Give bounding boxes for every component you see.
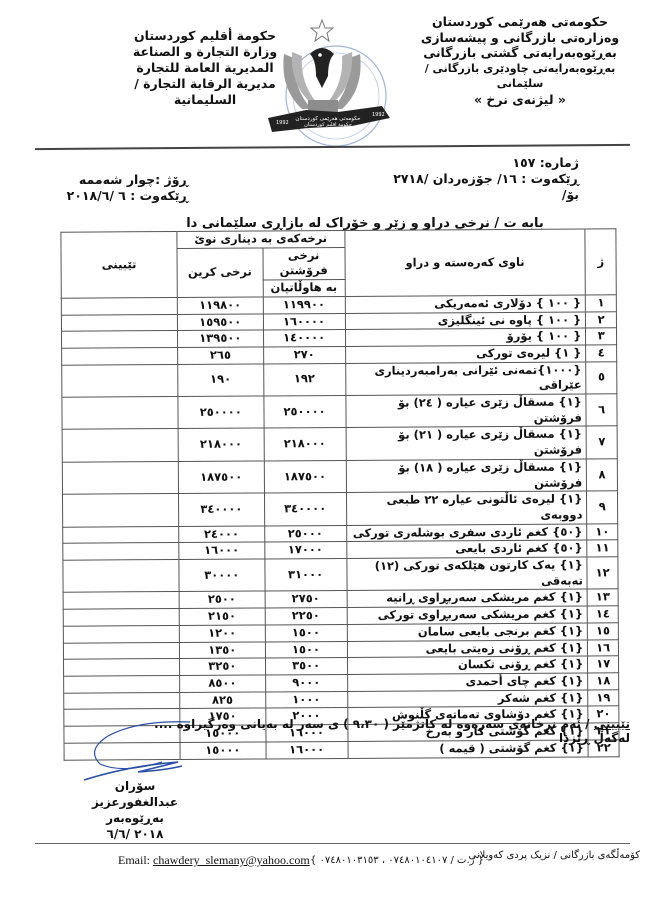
committee-title: « لیژنەی نرخ »: [410, 92, 630, 108]
row-note: [63, 625, 179, 642]
sell-price: ٢٢٥٠: [265, 608, 347, 625]
buy-price: ٣٤٠٠٠٠: [178, 493, 264, 526]
row-number: ٥: [586, 361, 617, 394]
row-note: [64, 692, 180, 709]
row-number: ١٥: [588, 623, 619, 640]
sell-price: ١٤٠٠٠٠: [263, 330, 345, 347]
buy-price: ٣٢٥٠: [180, 658, 266, 675]
footer-email: Email: chawdery_slemany@yahoo.com: [118, 853, 310, 868]
row-note: [64, 659, 180, 676]
email-label: Email:: [118, 853, 150, 867]
header-price-group: نرخەکەی بە دیناری نوێ: [177, 230, 345, 248]
row-note: [64, 675, 180, 692]
sell-price: ٣٥٠٠: [265, 658, 347, 675]
row-note: [63, 642, 179, 659]
row-note: [62, 461, 178, 494]
document-date-gregorian: ڕێکەوت : ٦ /٢٠١٨/٦: [48, 188, 188, 204]
row-number: ١: [586, 295, 617, 312]
row-note: [62, 331, 178, 348]
row-number: ٣: [586, 328, 617, 345]
sell-price: ٢٧٥٠: [265, 591, 347, 608]
row-note: [63, 592, 179, 609]
item-name: {٥٠} کغم ئاردی سفری بوشلەری تورکی: [346, 524, 587, 542]
row-number: ٧: [586, 426, 617, 459]
table-row: ٧{١} مسقاڵ زێری عیارە ( ٢١) بۆ فرۆشتن٢١٨…: [62, 426, 617, 462]
buy-price: ٣٠٠٠٠: [179, 559, 265, 592]
buy-price: ٢٥٠٠٠٠: [178, 396, 264, 429]
price-table: ژ ناوی کەرەستە و دراو نرخەکەی بە دیناری …: [60, 228, 619, 760]
sell-price: ٢٧٠: [263, 346, 345, 363]
footer-phones: { ژ.ت / ٠٧٤٨٠١٠٤١٠٧ ، ٠٧٤٨٠١٠٣١٥٣ }: [310, 855, 484, 866]
header-sell-sub: بە هاوڵاتیان: [263, 280, 345, 297]
item-name: {١} کغم مریشکی سەربڕاوی ڕانیە: [347, 589, 588, 607]
document-recipient: بۆ/: [319, 187, 579, 203]
header-buy-price: نرخی کرین: [177, 248, 263, 298]
handwritten-signature-icon: [78, 716, 198, 786]
row-note: [62, 347, 178, 364]
email-link[interactable]: chawdery_slemany@yahoo.com: [153, 853, 310, 867]
row-note: [62, 397, 178, 430]
sell-price: ١٨٧٥٠٠: [264, 460, 346, 493]
buy-price: ١٣٥٠: [179, 642, 265, 659]
item-name: {٥٠} کغم ئاردی بایعی: [346, 540, 587, 558]
price-table-body: ١{ ١٠٠ } دۆلاری ئەمەریکی١١٩٩٠٠١١٩٨٠٠٢{ ١…: [61, 295, 619, 760]
svg-text:حكومة اقليم كوردستان: حكومة اقليم كوردستان: [304, 122, 352, 128]
item-name: {١} لیرەی ئاڵتونی عیارە ٢٢ طبعی دووبەی: [346, 491, 587, 525]
row-note: [62, 429, 178, 462]
buy-price: ١٥٩٥٠٠: [177, 313, 263, 330]
table-row: ٨{١} مسقاڵ زێری عیارە ( ١٨) بۆ فرۆشتن١٨٧…: [62, 459, 617, 495]
note-label: تێبینی: [594, 717, 630, 731]
row-number: ١١: [587, 540, 618, 557]
row-note: [62, 494, 178, 527]
row-note: [61, 297, 177, 314]
buy-price: ٨٢٥: [180, 692, 266, 709]
document-meta: ژمارە: ١٥٧ ڕێکەوت : ١٦/ جۆزەردان /٢٧١٨ ب…: [319, 155, 579, 203]
document-number: ژمارە: ١٥٧: [319, 155, 579, 171]
table-row: ٩{١} لیرەی ئاڵتونی عیارە ٢٢ طبعی دووبەی٣…: [62, 491, 617, 527]
sell-price: ١١٩٩٠٠: [263, 296, 345, 313]
svg-text:1992: 1992: [276, 120, 289, 126]
signature-block: سۆران عبدالغفورعزیز بەڕێوەبەر ٢٠١٨ /٦/٦: [80, 778, 190, 842]
row-number: ١٦: [588, 639, 619, 656]
row-note: [63, 526, 179, 543]
buy-price: ٨٥٠٠: [180, 675, 266, 692]
item-name: {١} مسقاڵ زێری عیارە ( ٢١) بۆ فرۆشتن: [346, 426, 587, 460]
buy-price: ١٦٠٠٠: [179, 542, 265, 559]
header-item-name: ناوی کەرەستە و دراو: [344, 229, 585, 296]
kurdistan-seal-logo: حکومەتی هەرێمی کوردستان حكومة اقليم كورد…: [262, 14, 402, 154]
header-kurdish-line: وەزارەتی بازرگانی و پیشەسازی: [410, 30, 630, 46]
sell-price: ٢٥٠٠٠: [264, 525, 346, 542]
header-kurdish-line: حکومەتی هەرێمی کوردستان: [410, 14, 630, 30]
svg-text:1992: 1992: [372, 112, 385, 118]
item-name: {١} کغم چای أحمدی: [347, 673, 588, 691]
sell-price: ٣١٠٠٠: [264, 559, 346, 592]
sell-price: ١٠٠٠: [265, 691, 347, 708]
header-kurdish: حکومەتی هەرێمی کوردستان وەزارەتی بازرگان…: [410, 14, 630, 107]
row-note: [61, 314, 177, 331]
row-number: ١٤: [588, 606, 619, 623]
footer-divider: [35, 843, 630, 844]
row-number: ٤: [586, 345, 617, 362]
sell-price: ٣٤٠٠٠٠: [264, 493, 346, 526]
sell-price: ٢١٨٠٠٠: [264, 428, 346, 461]
row-number: ٨: [587, 459, 618, 492]
item-name: {١} یەک کارتون هێلکەی تورکی (١٢) تەبەقی: [346, 557, 587, 591]
buy-price: ٢٥٠٠: [179, 591, 265, 608]
document-day-meta: ڕۆژ :چوار شەممە ڕێکەوت : ٦ /٢٠١٨/٦: [48, 172, 188, 204]
item-name: { ١٠٠ } یۆرۆ: [345, 328, 586, 346]
row-number: ٦: [586, 394, 617, 427]
sell-price: ٢٥٠٠٠٠: [263, 395, 345, 428]
row-number: ١٠: [587, 523, 618, 540]
buy-price: ١٨٧٥٠٠: [178, 461, 264, 494]
row-number: ١٣: [587, 589, 618, 606]
item-name: {١} کغم مریشکی سەربڕاوی تورکی: [347, 606, 588, 624]
signature-date: ٢٠١٨ /٦/٦: [80, 826, 190, 842]
buy-price: ٢١٨٠٠٠: [178, 428, 264, 461]
item-name: {١} کغم شەکر: [347, 690, 588, 708]
item-name: {١} کغم ڕۆنی تکسان: [347, 656, 588, 674]
item-name: {١} مسقاڵ زێری عیارە ( ٢٤) بۆ فرۆشتن: [345, 394, 586, 428]
row-note: [63, 543, 179, 560]
item-name: {١٠٠٠}تمەنی ئێرانی بەرامبەردیناری عێراقی: [345, 362, 586, 396]
row-number: ١٩: [588, 689, 619, 706]
row-number: ٩: [587, 491, 618, 524]
buy-price: ٢٤٠٠٠: [179, 526, 265, 543]
sell-price: ١٧٠٠٠: [264, 542, 346, 559]
row-note: [62, 364, 178, 397]
sell-price: ١٥٠٠: [265, 624, 347, 641]
header-no: ژ: [585, 229, 616, 295]
eagle-emblem-icon: حکومەتی هەرێمی کوردستان حكومة اقليم كورد…: [262, 14, 402, 154]
row-note: [63, 560, 179, 593]
sell-price: ٩٠٠٠: [265, 674, 347, 691]
item-name: { ١} لیرەی تورکی: [345, 345, 586, 363]
row-number: ٢: [586, 311, 617, 328]
note-text: / ئەم نرخانەی سەرەوە لە کاتژمێر ( ٩،٣٠ )…: [154, 717, 630, 745]
item-name: { ١٠٠ } پاوە نی ئینگلیزی: [345, 312, 586, 330]
buy-price: ١١٩٨٠٠: [177, 297, 263, 314]
sell-price: ١٦٠٠٠٠: [263, 313, 345, 330]
row-number: ١٨: [588, 673, 619, 690]
document-day: ڕۆژ :چوار شەممە: [48, 172, 188, 188]
row-number: ١٧: [588, 656, 619, 673]
row-note: [63, 609, 179, 626]
buy-price: ١٢٠٠: [179, 625, 265, 642]
item-name: {١} کغم ڕۆنی زەیتی بایعی: [347, 640, 588, 658]
item-name: {١} کغم برنجی بایعی سامان: [347, 623, 588, 641]
header-note: تێبینی: [61, 231, 177, 298]
signatory-title: بەڕێوەبەر: [80, 810, 190, 826]
sell-price: ١٩٢: [263, 363, 345, 396]
table-row: ١٢{١} یەک کارتون هێلکەی تورکی (١٢) تەبەق…: [63, 557, 618, 593]
buy-price: ١٩٠: [178, 364, 264, 397]
document-date-kurdish: ڕێکەوت : ١٦/ جۆزەردان /٢٧١٨: [319, 171, 579, 187]
item-name: {١} مسقاڵ زێری عیارە ( ١٨) بۆ فرۆشتن: [346, 459, 587, 493]
header-kurdish-line: بەڕێوەبەرایەتی چاودێری بازرگانی / سلێمان…: [410, 61, 630, 92]
header-sell-price: نرخی فرۆشتن: [263, 247, 345, 280]
item-name: { ١٠٠ } دۆلاری ئەمەریکی: [345, 295, 586, 313]
buy-price: ٢١٥٠: [179, 608, 265, 625]
buy-price: ٢٦٥: [178, 347, 264, 364]
row-number: ١٢: [587, 557, 618, 590]
svg-text:حکومەتی هەرێمی کوردستان: حکومەتی هەرێمی کوردستان: [295, 115, 360, 122]
table-row: ٥{١٠٠٠}تمەنی ئێرانی بەرامبەردیناری عێراق…: [62, 361, 617, 397]
signatory-name: سۆران عبدالغفورعزیز: [80, 778, 190, 810]
table-row: ٦{١} مسقاڵ زێری عیارە ( ٢٤) بۆ فرۆشتن٢٥٠…: [62, 394, 617, 430]
header-kurdish-line: بەڕێوەبەرایەتی گشتی بازرگانی: [410, 45, 630, 61]
note-line: تێبینی / ئەم نرخانەی سەرەوە لە کاتژمێر (…: [150, 717, 630, 745]
buy-price: ١٣٩٥٠٠: [177, 330, 263, 347]
sell-price: ١٥٠٠: [265, 641, 347, 658]
